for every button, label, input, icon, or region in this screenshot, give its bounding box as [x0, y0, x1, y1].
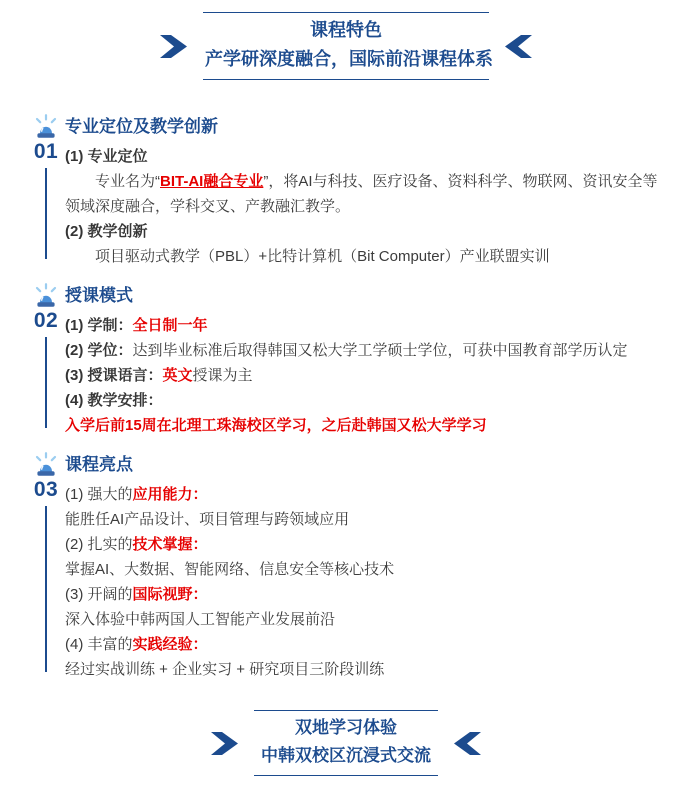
- sections-container: 01专业定位及教学创新(1) 专业定位专业名为“BIT-AI融合专业”，将AI与…: [27, 114, 692, 682]
- text-segment: BIT-AI融合专业: [160, 173, 263, 190]
- course-features-page: 课程特色 产学研深度融合，国际前沿课程体系 01专业定位及教学创新(1) 专业定…: [0, 0, 692, 795]
- text-segment: (4) 教学安排：: [65, 392, 163, 409]
- section-title: 课程亮点: [65, 453, 670, 477]
- siren-icon: [33, 114, 59, 140]
- text-line: 能胜任AI产品设计、项目管理与跨领域应用: [65, 507, 670, 532]
- text-line: (1) 专业定位: [65, 144, 670, 169]
- text-segment: (1) 学制：: [65, 317, 133, 334]
- text-line: (2) 扎实的技术掌握：: [65, 532, 670, 557]
- section-03: 03课程亮点(1) 强大的应用能力：能胜任AI产品设计、项目管理与跨领域应用(2…: [27, 452, 692, 682]
- header-banner-box: 课程特色 产学研深度融合，国际前沿课程体系: [203, 12, 489, 80]
- text-segment: 达到毕业标准后取得韩国又松大学工学硕士学位，可获中国教育部学历认定: [133, 342, 628, 359]
- text-line: (3) 授课语言：英文授课为主: [65, 363, 670, 388]
- text-line: 掌握AI、大数据、智能网络、信息安全等核心技术: [65, 557, 670, 582]
- text-segment: (3) 开阔的: [65, 586, 133, 603]
- text-segment: 英文: [163, 367, 193, 384]
- text-line: (2) 学位：达到毕业标准后取得韩国又松大学工学硕士学位，可获中国教育部学历认定: [65, 338, 670, 363]
- text-line: (4) 丰富的实践经验：: [65, 632, 670, 657]
- text-segment: (4) 丰富的: [65, 636, 133, 653]
- chevron-right-icon: [160, 35, 187, 58]
- text-segment: 授课为主: [193, 367, 253, 384]
- section-rail: 01: [27, 114, 65, 269]
- text-line: 专业名为“BIT-AI融合专业”，将AI与科技、医疗设备、资料科学、物联网、资讯…: [65, 169, 670, 219]
- header-subtitle: 产学研深度融合，国际前沿课程体系: [205, 45, 487, 74]
- text-segment: (2) 扎实的: [65, 536, 133, 553]
- text-segment: (3) 授课语言：: [65, 367, 163, 384]
- text-line: 项目驱动式教学（PBL）+比特计算机（Bit Computer）产业联盟实训: [65, 244, 670, 269]
- chevron-left-icon: [454, 732, 481, 755]
- text-segment: 深入体验中韩两国人工智能产业发展前沿: [65, 611, 335, 628]
- text-segment: 经过实战训练 + 企业实习 + 研究项目三阶段训练: [65, 661, 384, 678]
- siren-icon: [33, 283, 59, 309]
- text-segment: 技术掌握：: [133, 536, 208, 553]
- text-segment: 能胜任AI产品设计、项目管理与跨领域应用: [65, 511, 349, 528]
- footer-banner-box: 双地学习体验 中韩双校区沉浸式交流: [254, 710, 438, 776]
- text-segment: (1) 强大的: [65, 486, 133, 503]
- section-connector-line: [45, 506, 47, 672]
- text-segment: 实践经验：: [133, 636, 208, 653]
- text-segment: 掌握AI、大数据、智能网络、信息安全等核心技术: [65, 561, 394, 578]
- text-line: 入学后前15周在北理工珠海校区学习，之后赴韩国又松大学学习: [65, 413, 670, 438]
- text-segment: (2) 学位：: [65, 342, 133, 359]
- section-connector-line: [45, 168, 47, 259]
- chevron-left-icon: [505, 35, 532, 58]
- text-segment: 入学后前15周在北理工珠海校区学习，之后赴韩国又松大学学习: [65, 417, 487, 434]
- footer-title: 双地学习体验: [256, 714, 436, 742]
- section-number: 01: [34, 140, 58, 164]
- section-content: 课程亮点(1) 强大的应用能力：能胜任AI产品设计、项目管理与跨领域应用(2) …: [65, 452, 692, 682]
- text-line: (3) 开阔的国际视野：: [65, 582, 670, 607]
- text-line: 深入体验中韩两国人工智能产业发展前沿: [65, 607, 670, 632]
- text-line: 经过实战训练 + 企业实习 + 研究项目三阶段训练: [65, 657, 670, 682]
- section-rail: 02: [27, 283, 65, 438]
- chevron-right-icon: [211, 732, 238, 755]
- section-content: 专业定位及教学创新(1) 专业定位专业名为“BIT-AI融合专业”，将AI与科技…: [65, 114, 692, 269]
- text-segment: (2) 教学创新: [65, 223, 148, 240]
- text-segment: 应用能力：: [133, 486, 208, 503]
- text-segment: (1) 专业定位: [65, 148, 148, 165]
- section-title: 授课模式: [65, 284, 670, 308]
- section-02: 02授课模式(1) 学制：全日制一年(2) 学位：达到毕业标准后取得韩国又松大学…: [27, 283, 692, 438]
- section-number: 02: [34, 309, 58, 333]
- footer-subtitle: 中韩双校区沉浸式交流: [256, 742, 436, 770]
- text-segment: 专业名为“: [95, 173, 160, 190]
- section-content: 授课模式(1) 学制：全日制一年(2) 学位：达到毕业标准后取得韩国又松大学工学…: [65, 283, 692, 438]
- footer-banner: 双地学习体验 中韩双校区沉浸式交流: [0, 710, 692, 776]
- header-banner: 课程特色 产学研深度融合，国际前沿课程体系: [0, 0, 692, 80]
- section-connector-line: [45, 337, 47, 428]
- text-segment: 国际视野：: [133, 586, 208, 603]
- text-line: (1) 学制：全日制一年: [65, 313, 670, 338]
- section-rail: 03: [27, 452, 65, 682]
- text-segment: 全日制一年: [133, 317, 208, 334]
- siren-icon: [33, 452, 59, 478]
- text-line: (1) 强大的应用能力：: [65, 482, 670, 507]
- header-title: 课程特色: [205, 16, 487, 45]
- section-01: 01专业定位及教学创新(1) 专业定位专业名为“BIT-AI融合专业”，将AI与…: [27, 114, 692, 269]
- section-number: 03: [34, 478, 58, 502]
- text-segment: 项目驱动式教学（PBL）+比特计算机（Bit Computer）产业联盟实训: [95, 248, 550, 265]
- text-line: (2) 教学创新: [65, 219, 670, 244]
- text-line: (4) 教学安排：: [65, 388, 670, 413]
- section-title: 专业定位及教学创新: [65, 115, 670, 139]
